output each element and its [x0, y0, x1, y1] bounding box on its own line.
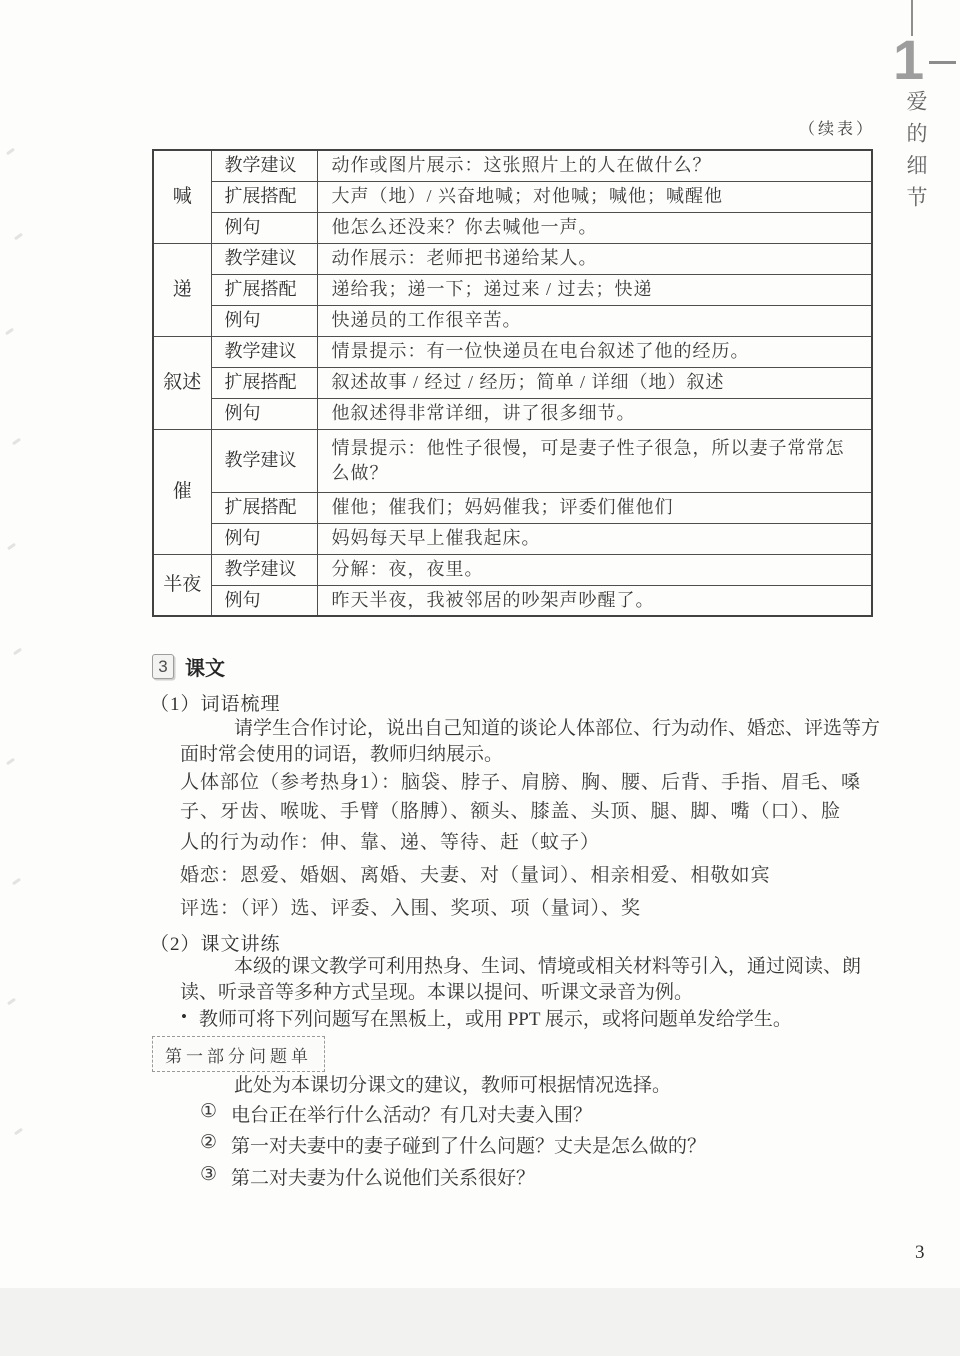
- table-row-label: 扩展搭配: [211, 367, 317, 398]
- table-row: 扩展搭配 催他；催我们；妈妈催我；评委们催他们: [153, 492, 872, 523]
- question-text: 电台正在举行什么活动？有几对夫妻入围？: [231, 1100, 592, 1127]
- question-text: 第二对夫妻为什么说他们关系很好？: [231, 1163, 535, 1190]
- question-sheet-note: 此处为本课切分课文的建议，教师可根据情况选择。: [180, 1070, 886, 1097]
- scan-speck: [6, 148, 15, 156]
- section-title: 课文: [185, 652, 225, 681]
- word-list-selection: 评选：（评）选、评委、入围、奖项、项（量词）、奖: [180, 894, 882, 923]
- table-row: 递 教学建议 动作展示：老师把书递给某人。: [153, 243, 872, 274]
- table-row: 例句 他怎么还没来？你去喊他一声。: [153, 212, 872, 243]
- scan-speck: [13, 648, 22, 656]
- question-number: ②: [200, 1131, 217, 1158]
- scan-shadow-band: [0, 1288, 960, 1356]
- table-row: 例句 昨天半夜，我被邻居的吵架声吵醒了。: [153, 585, 872, 616]
- table-row-label: 教学建议: [211, 150, 317, 181]
- scan-speck: [7, 998, 16, 1006]
- table-row-label: 例句: [211, 305, 317, 336]
- table-row-content: 他叙述得非常详细，讲了很多细节。: [317, 398, 872, 429]
- table-row-content: 动作或图片展示：这张照片上的人在做什么？: [317, 150, 872, 181]
- unit-number: 1: [893, 32, 933, 88]
- table-row: 喊 教学建议 动作或图片展示：这张照片上的人在做什么？: [153, 150, 872, 181]
- table-word-cell: 递: [153, 243, 211, 336]
- question-number: ③: [200, 1163, 217, 1190]
- subsection-2-heading: （2）课文讲练: [150, 929, 281, 956]
- table-row-label: 例句: [211, 523, 317, 554]
- section-number-badge: 3: [152, 654, 174, 679]
- question-item: ③ 第二对夫妻为什么说他们关系很好？: [200, 1163, 880, 1190]
- teacher-bullet-line: • 教师可将下列问题写在黑板上，或用 PPT 展示，或将问题单发给学生。: [181, 1004, 891, 1031]
- table-row: 催 教学建议 情景提示：他性子很慢，可是妻子性子很急，所以妻子常常怎么做？: [153, 429, 872, 492]
- unit-title-vertical: 爱的细节: [901, 90, 931, 218]
- continued-table-label: （续表）: [799, 116, 875, 139]
- table-row: 例句 快递员的工作很辛苦。: [153, 305, 872, 336]
- question-item: ① 电台正在举行什么活动？有几对夫妻入围？: [200, 1100, 880, 1127]
- table-row: 叙述 教学建议 情景提示：有一位快递员在电台叙述了他的经历。: [153, 336, 872, 367]
- table-row-content: 催他；催我们；妈妈催我；评委们催他们: [317, 492, 872, 523]
- subsection-2-intro: 本级的课文教学可利用热身、生词、情境或相关材料等引入，通过阅读、朗读、听录音等多…: [180, 954, 886, 1006]
- table-row: 扩展搭配 叙述故事 / 经过 / 经历；简单 / 详细（地）叙述: [153, 367, 872, 398]
- table-row-label: 扩展搭配: [211, 274, 317, 305]
- table-row-content: 妈妈每天早上催我起床。: [317, 523, 872, 554]
- bullet-text: 教师可将下列问题写在黑板上，或用 PPT 展示，或将问题单发给学生。: [199, 1004, 792, 1031]
- table-row-label: 教学建议: [211, 243, 317, 274]
- scan-speck: [12, 878, 21, 886]
- table-row-label: 扩展搭配: [211, 181, 317, 212]
- table-row-content: 动作展示：老师把书递给某人。: [317, 243, 872, 274]
- section-heading: 3 课文: [152, 652, 225, 681]
- question-text: 第一对夫妻中的妻子碰到了什么问题？丈夫是怎么做的？: [231, 1131, 706, 1158]
- word-list-body-parts: 人体部位（参考热身1）：脑袋、脖子、肩膀、胸、腰、后背、手指、眉毛、嗓子、牙齿、…: [180, 768, 882, 826]
- table-row-label: 例句: [211, 212, 317, 243]
- table-row-content: 大声（地）/ 兴奋地喊；对他喊；喊他；喊醒他: [317, 181, 872, 212]
- table-row: 半夜 教学建议 分解：夜，夜里。: [153, 554, 872, 585]
- table-word-cell: 喊: [153, 150, 211, 243]
- scan-speck: [7, 543, 16, 551]
- table-row-content: 快递员的工作很辛苦。: [317, 305, 872, 336]
- table-row-content: 他怎么还没来？你去喊他一声。: [317, 212, 872, 243]
- scanned-textbook-page: 1 爱的细节 3 （续表） 喊 教学建议 动作或图片展示：这张照片上的人在做什么…: [0, 0, 960, 1356]
- table-row-content: 递给我；递一下；递过来 / 过去；快递: [317, 274, 872, 305]
- question-sheet-box-label: 第一部分问题单: [152, 1036, 325, 1072]
- table-row-content: 情景提示：有一位快递员在电台叙述了他的经历。: [317, 336, 872, 367]
- table-row-content: 昨天半夜，我被邻居的吵架声吵醒了。: [317, 585, 872, 616]
- subsection-1-heading: （1）词语梳理: [150, 689, 281, 716]
- table-word-cell: 半夜: [153, 554, 211, 616]
- scan-speck: [5, 328, 14, 336]
- table-row-label: 例句: [211, 585, 317, 616]
- scan-speck: [14, 233, 23, 241]
- word-list-marriage: 婚恋：恩爱、婚姻、离婚、夫妻、对（量词）、相亲相爱、相敬如宾: [180, 861, 882, 890]
- table-row-label: 教学建议: [211, 554, 317, 585]
- table-row: 扩展搭配 大声（地）/ 兴奋地喊；对他喊；喊他；喊醒他: [153, 181, 872, 212]
- page-number: 3: [915, 1242, 925, 1264]
- table-row: 扩展搭配 递给我；递一下；递过来 / 过去；快递: [153, 274, 872, 305]
- question-number: ①: [200, 1100, 217, 1127]
- table-row-content: 情景提示：他性子很慢，可是妻子性子很急，所以妻子常常怎么做？: [317, 429, 872, 492]
- unit-number-dash: [929, 61, 956, 64]
- word-list-actions: 人的行为动作：伸、靠、递、等待、赶（蚊子）: [180, 828, 882, 857]
- table-row-label: 扩展搭配: [211, 492, 317, 523]
- scan-speck: [12, 438, 21, 446]
- table-row-content: 分解：夜，夜里。: [317, 554, 872, 585]
- table-word-cell: 叙述: [153, 336, 211, 429]
- table-row: 例句 他叙述得非常详细，讲了很多细节。: [153, 398, 872, 429]
- scan-speck: [6, 758, 15, 766]
- table-row-label: 例句: [211, 398, 317, 429]
- table-row-label: 教学建议: [211, 429, 317, 492]
- scan-speck: [14, 1128, 23, 1136]
- vocab-teaching-table: 喊 教学建议 动作或图片展示：这张照片上的人在做什么？ 扩展搭配 大声（地）/ …: [152, 149, 873, 617]
- subsection-1-intro: 请学生合作讨论，说出自己知道的谈论人体部位、行为动作、婚恋、评选等方面时常会使用…: [180, 716, 886, 768]
- table-row-content: 叙述故事 / 经过 / 经历；简单 / 详细（地）叙述: [317, 367, 872, 398]
- table-word-cell: 催: [153, 429, 211, 554]
- bullet-icon: •: [181, 1004, 187, 1031]
- question-item: ② 第一对夫妻中的妻子碰到了什么问题？丈夫是怎么做的？: [200, 1131, 880, 1158]
- table-row-label: 教学建议: [211, 336, 317, 367]
- table-row: 例句 妈妈每天早上催我起床。: [153, 523, 872, 554]
